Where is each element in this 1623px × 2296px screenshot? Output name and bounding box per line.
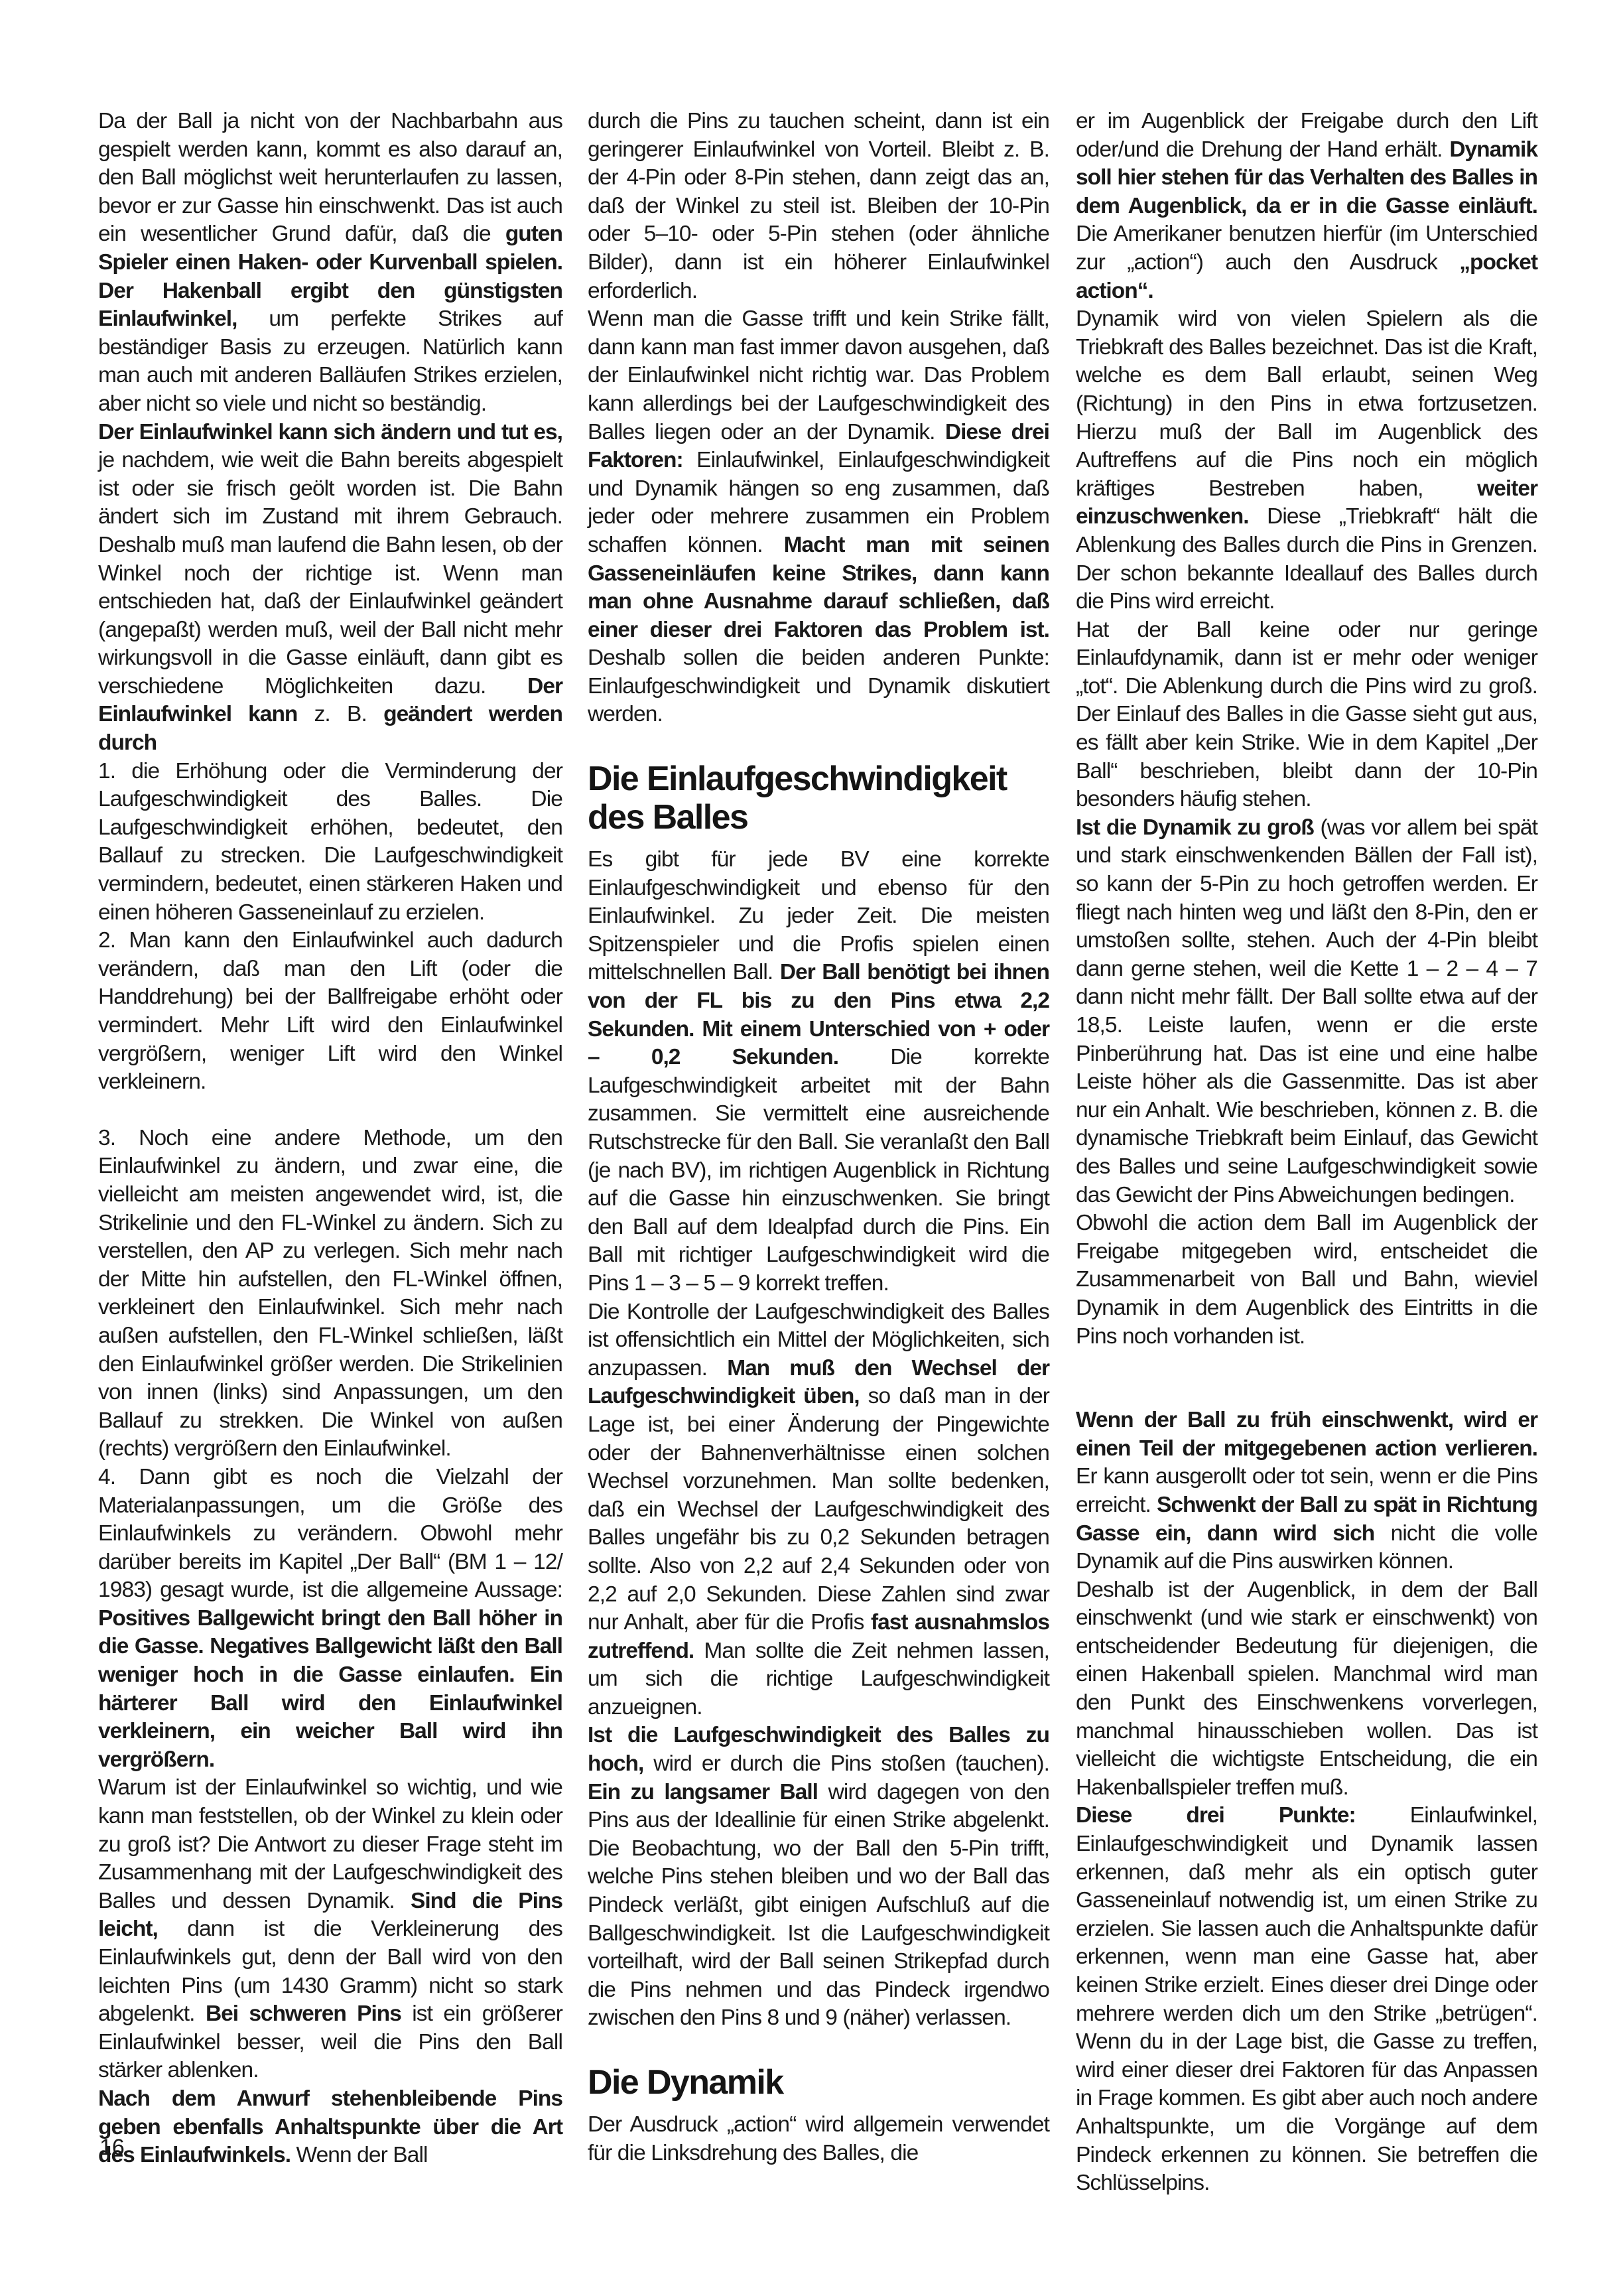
text-run: (was vor allem bei spät und stark einsch… [1076, 815, 1537, 1207]
text-column-1: Da der Ball ja nicht von der Nachbarbahn… [98, 107, 562, 2170]
paragraph: 1. die Erhöhung oder die Verminderung de… [98, 758, 562, 927]
paragraph: Nach dem Anwurf stehenbleibende Pins geb… [98, 2085, 562, 2170]
text-run: so daß man in der Lage ist, bei einer Än… [588, 1384, 1049, 1635]
bold-text-run: Diese drei Punkte: [1076, 1803, 1356, 1828]
text-run: Dynamik wird von vielen Spielern als die… [1076, 306, 1537, 501]
paragraph: Wenn man die Gasse trifft und kein Strik… [588, 305, 1049, 729]
bold-text-run: Wenn der Ball zu früh einschwenkt, wird … [1076, 1408, 1537, 1461]
paragraph: Deshalb ist der Augenblick, in dem der B… [1076, 1576, 1537, 1802]
text-run: Einlaufwinkel, Einlaufgeschwindigkeit un… [1076, 1803, 1537, 2195]
magazine-page: Da der Ball ja nicht von der Nachbarbahn… [0, 0, 1623, 2296]
text-run: z. B. [297, 702, 383, 726]
paragraph: durch die Pins zu tauchen scheint, dann … [588, 107, 1049, 305]
text-run: wird dagegen von den Pins aus der Ideall… [588, 1780, 1049, 2031]
paragraph: Obwohl die action dem Ball im Augenblick… [1076, 1209, 1537, 1351]
section-heading: Die Einlaufgeschwindigkeit des Balles [588, 760, 1049, 837]
text-run: Obwohl die action dem Ball im Augenblick… [1076, 1211, 1537, 1348]
paragraph: 2. Man kann den Einlaufwinkel auch dadur… [98, 927, 562, 1097]
page-number: 16 [99, 2135, 125, 2161]
paragraph: Warum ist der Einlaufwinkel so wichtig, … [98, 1774, 562, 2085]
text-run: 3. Noch eine andere Methode, um den Einl… [98, 1126, 562, 1461]
section-heading: Die Dynamik [588, 2063, 1049, 2102]
text-run: Wenn der Ball [291, 2143, 428, 2167]
paragraph: Der Einlaufwinkel kann sich ändern und t… [98, 419, 562, 758]
text-run: durch die Pins zu tauchen scheint, dann … [588, 109, 1049, 303]
text-run: wird er durch die Pins stoßen (tauchen). [643, 1751, 1049, 1776]
paragraph: 4. Dann gibt es noch die Vielzahl der Ma… [98, 1463, 562, 1775]
paragraph: er im Augenblick der Freigabe durch den … [1076, 107, 1537, 305]
text-run: Hat der Ball keine oder nur geringe Einl… [1076, 618, 1537, 812]
bold-text-run: Positives Ballgewicht bringt den Ball hö… [98, 1606, 562, 1772]
bold-text-run: Ein zu langsamer Ball [588, 1780, 818, 1804]
text-run: Die korrekte Laufgeschwindigkeit arbeite… [588, 1045, 1049, 1296]
text-run: 1. die Erhöhung oder die Verminderung de… [98, 759, 562, 925]
paragraph: Wenn der Ball zu früh einschwenkt, wird … [1076, 1406, 1537, 1576]
text-column-2: durch die Pins zu tauchen scheint, dann … [588, 107, 1049, 2167]
paragraph: Ist die Laufgeschwindigkeit des Balles z… [588, 1722, 1049, 2033]
paragraph: Die Kontrolle der Laufgeschwindigkeit de… [588, 1298, 1049, 1722]
paragraph: Ist die Dynamik zu groß (was vor allem b… [1076, 814, 1537, 1209]
text-run: je nachdem, wie weit die Bahn bereits ab… [98, 448, 562, 699]
paragraph: Es gibt für jede BV eine korrekte Einlau… [588, 846, 1049, 1298]
text-run: Der Ausdruck „action“ wird allgemein ver… [588, 2112, 1049, 2165]
paragraph: Dynamik wird von vielen Spielern als die… [1076, 305, 1537, 616]
text-run: 2. Man kann den Einlaufwinkel auch dadur… [98, 928, 562, 1094]
text-run: 4. Dann gibt es noch die Vielzahl der Ma… [98, 1465, 562, 1602]
bold-text-run: Bei schweren Pins [206, 2001, 401, 2026]
bold-text-run: Der Einlaufwinkel kann sich ändern und t… [98, 420, 562, 444]
paragraph: Der Ausdruck „action“ wird allgemein ver… [588, 2111, 1049, 2167]
text-run: Deshalb sollen die beiden anderen Punkte… [588, 645, 1049, 726]
paragraph: Da der Ball ja nicht von der Nachbarbahn… [98, 107, 562, 419]
text-run: Da der Ball ja nicht von der Nachbarbahn… [98, 109, 562, 246]
bold-text-run: Ist die Dynamik zu groß [1076, 815, 1314, 840]
text-run: Deshalb ist der Augenblick, in dem der B… [1076, 1578, 1537, 1800]
paragraph: Hat der Ball keine oder nur geringe Einl… [1076, 616, 1537, 814]
paragraph: 3. Noch eine andere Methode, um den Einl… [98, 1124, 562, 1463]
paragraph: Diese drei Punkte: Einlaufwinkel, Einlau… [1076, 1802, 1537, 2197]
text-column-3: er im Augenblick der Freigabe durch den … [1076, 107, 1537, 2198]
